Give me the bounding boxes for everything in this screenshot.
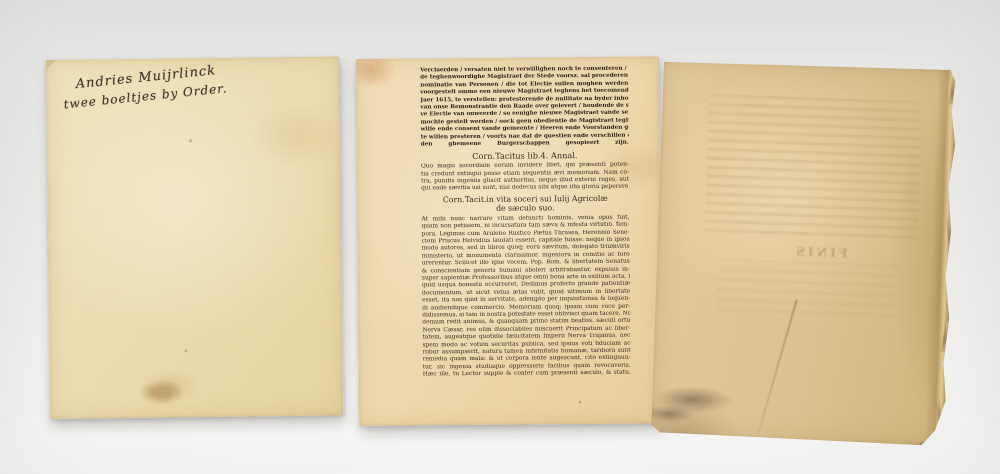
text-line: den ghemeene Burgerschappen gesopieert z… (421, 140, 629, 149)
document-middle-printed-leaf: Verclaerden / versaten niet te verwillig… (356, 56, 662, 426)
printed-text-column: Verclaerden / versaten niet te verwillig… (420, 66, 631, 379)
text-line: Hæc ille, tu Lector supple & confer cum … (423, 370, 631, 379)
crease-line (757, 300, 797, 435)
finis-showthrough-text: FINIS (775, 244, 865, 261)
stitching-thread (937, 400, 944, 440)
stitching-thread (947, 218, 952, 252)
corner-fold (46, 60, 56, 70)
handwritten-inscription: Andries Muijrlinck twee boeltjes by Orde… (61, 57, 264, 115)
annals-excerpt-paragraph: Quo magis socordiam eorum invidere libet… (421, 162, 629, 193)
showthrough-text-block-lower (715, 258, 897, 322)
tacitus-annals-heading: Corn.Tacitus lib.4. Annal. (421, 150, 629, 163)
stitching-thread (950, 78, 956, 104)
agricola-excerpt-paragraph: At mihi nunc narrare vitam defuncti homi… (421, 214, 630, 378)
document-left-blank-leaf: Andries Muijrlinck twee boeltjes by Orde… (46, 56, 343, 419)
document-right-booklet: FINIS (651, 60, 958, 446)
dutch-blackletter-paragraph: Verclaerden / versaten niet te verwillig… (420, 66, 629, 149)
photo-surface: Andries Muijrlinck twee boeltjes by Orde… (0, 0, 1000, 474)
showthrough-text-block (704, 94, 923, 245)
stitching-thread (941, 322, 948, 352)
loose-thread (919, 435, 949, 446)
